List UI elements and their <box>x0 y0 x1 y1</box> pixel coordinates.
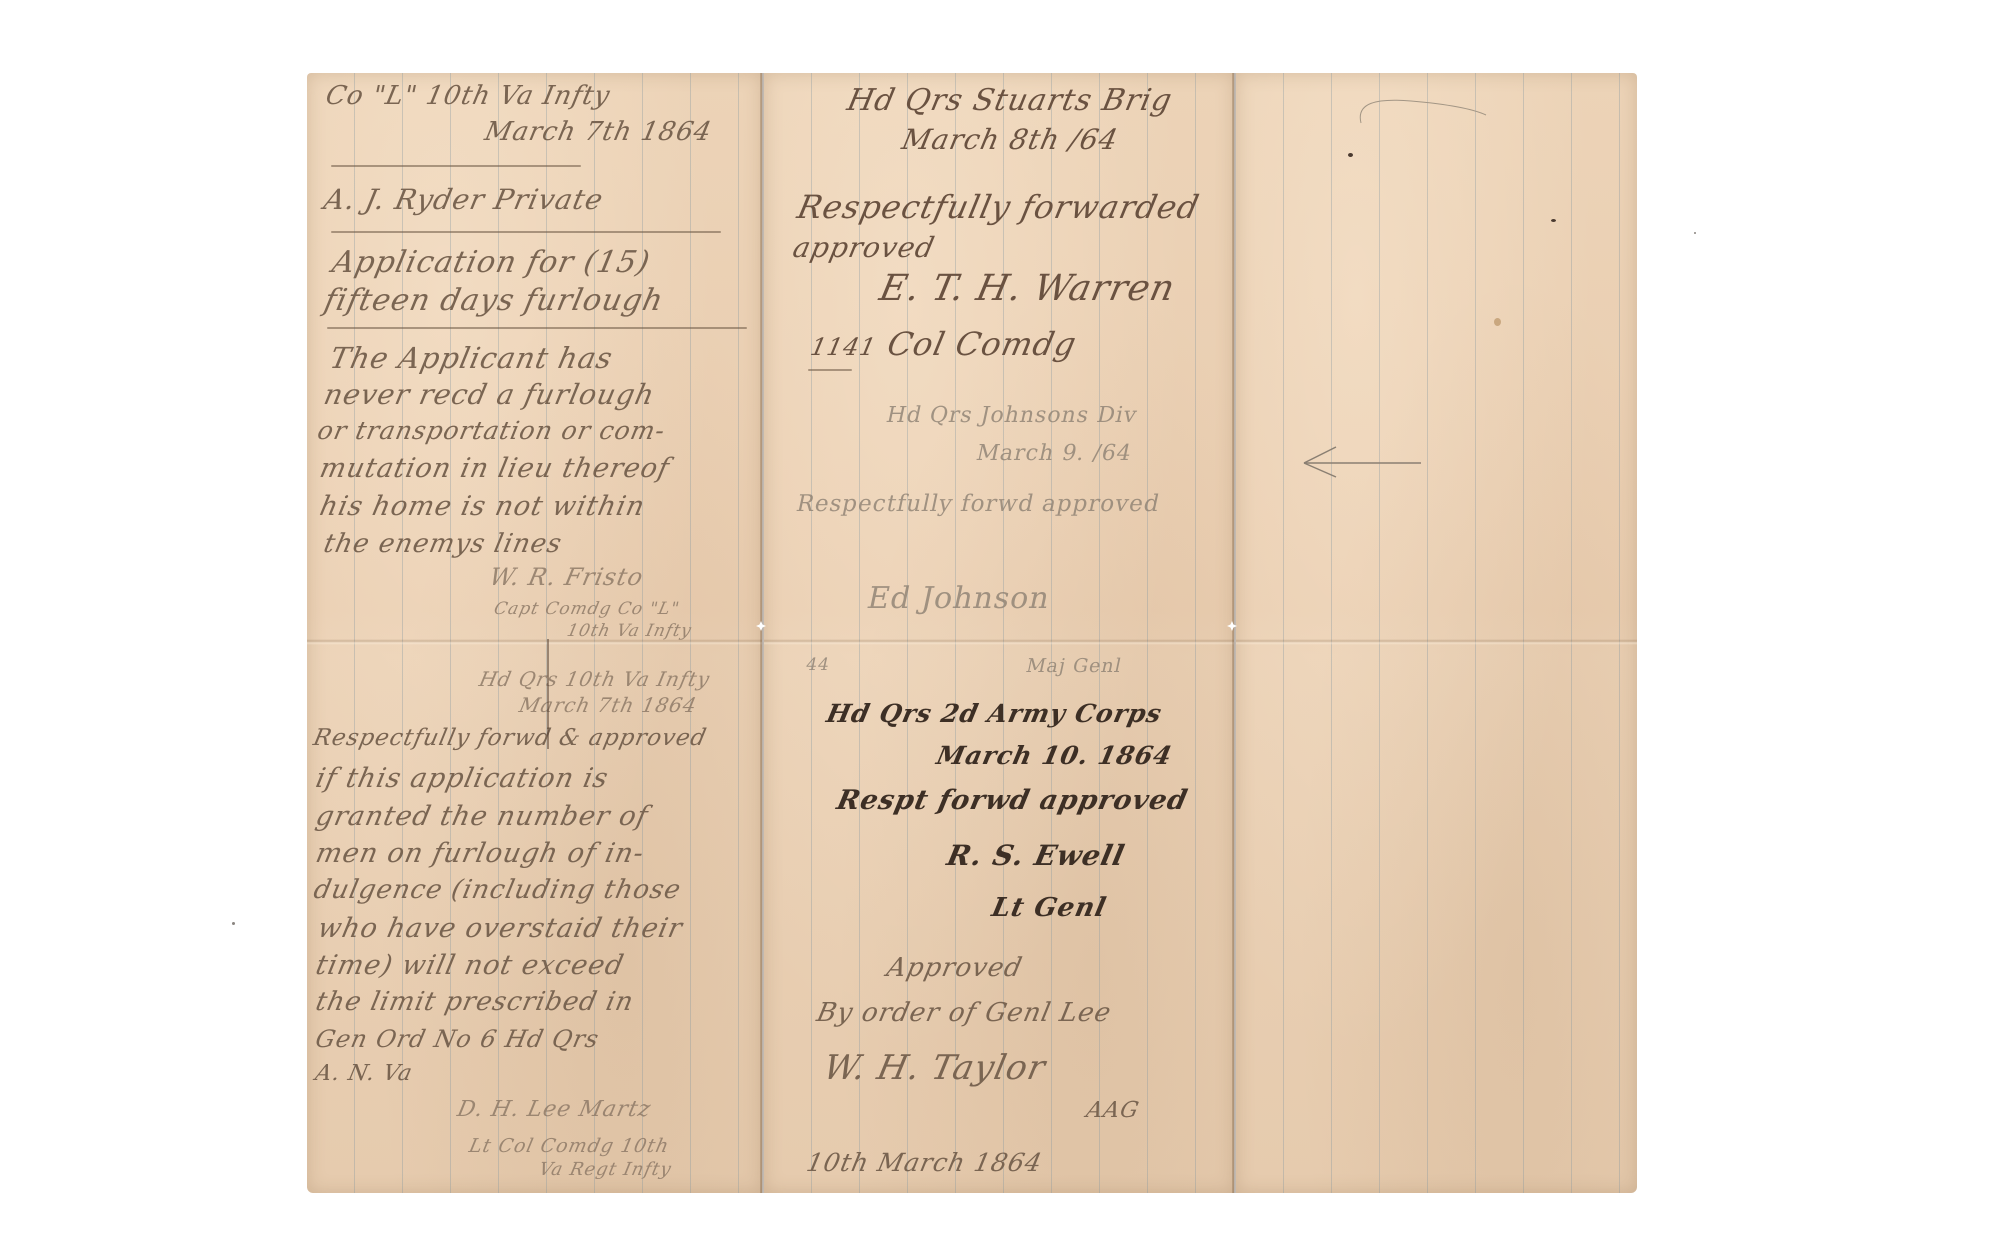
ewell-title: Lt Genl <box>989 893 1109 923</box>
body-line: never recd a furlough <box>321 378 658 411</box>
warren-title: Col Comdg <box>884 325 1080 363</box>
body-line: his home is not within <box>317 491 648 522</box>
taylor-title: AAG <box>1084 1098 1142 1123</box>
johnson-signature: Ed Johnson <box>864 581 1054 616</box>
body-line: the enemys lines <box>321 529 565 559</box>
lt-col-title: Va Regt Infty <box>537 1159 674 1180</box>
endorsement-line: men on furlough of in- <box>313 838 647 869</box>
endorsement-line: Respectfully forwd & approved <box>311 725 709 751</box>
endorsement-line: dulgence (including those <box>311 875 684 905</box>
endorsement-line: the limit prescribed in <box>313 987 637 1017</box>
unit-heading: Co "L" 10th Va Infty <box>323 81 613 111</box>
background-speck <box>1694 232 1696 234</box>
ewell-signature: R. S. Ewell <box>944 839 1128 872</box>
body-line: The Applicant has <box>327 341 616 375</box>
applicant-name: A. J. Ryder Private <box>321 183 607 216</box>
background-speck <box>232 922 235 925</box>
divider <box>331 165 581 167</box>
division-hq-date: March 9. /64 <box>974 441 1134 466</box>
endorsement-line: A. N. Va <box>313 1061 415 1086</box>
endorsement-line: time) will not exceed <box>313 950 627 981</box>
captain-signature: W. R. Fristo <box>487 563 646 591</box>
brigade-hq-date: March 8th /64 <box>899 123 1121 156</box>
file-number-underline <box>808 369 852 371</box>
application-date: March 7th 1864 <box>482 117 715 147</box>
division-file-number: 44 <box>804 655 832 675</box>
corps-hq-date: March 10. 1864 <box>934 741 1175 770</box>
endorsement-line: if this application is <box>313 763 611 794</box>
left-panel: Co "L" 10th Va Infty March 7th 1864 A. J… <box>307 73 762 1193</box>
brigade-endorsement: approved <box>790 231 938 264</box>
crease-mark <box>547 639 549 749</box>
division-endorsement: Respectfully forwd approved <box>794 491 1162 517</box>
endorsement-line: granted the number of <box>313 801 651 832</box>
brigade-endorsement: Respectfully forwarded <box>794 188 1203 226</box>
captain-title: 10th Va Infty <box>565 621 694 641</box>
endorsement-line: who have overstaid their <box>315 913 686 944</box>
lt-col-signature: D. H. Lee Martz <box>455 1097 654 1122</box>
subject-line: Application for (15) <box>329 245 654 280</box>
divider <box>331 231 721 233</box>
pencil-arrow-icon <box>1296 443 1426 483</box>
taylor-signature: W. H. Taylor <box>820 1048 1050 1088</box>
subject-line: fifteen days furlough <box>321 283 667 318</box>
ink-spot <box>1348 153 1353 157</box>
corps-hq-heading: Hd Qrs 2d Army Corps <box>824 699 1165 728</box>
brigade-hq-heading: Hd Qrs Stuarts Brig <box>844 83 1176 118</box>
regiment-hq-heading: Hd Qrs 10th Va Infty <box>477 667 712 691</box>
approval-authority: By order of Genl Lee <box>814 998 1114 1028</box>
right-panel <box>1236 73 1637 1193</box>
warren-signature: E. T. H. Warren <box>876 268 1179 309</box>
lt-col-title: Lt Col Comdg 10th <box>467 1135 671 1157</box>
approval-status: Approved <box>884 953 1025 983</box>
body-line: mutation in lieu thereof <box>317 453 672 484</box>
document-sheet: Co "L" 10th Va Infty March 7th 1864 A. J… <box>307 73 1637 1193</box>
johnson-title: Maj Genl <box>1024 655 1124 677</box>
file-number: 1141 <box>808 333 879 361</box>
pencil-flourish-icon <box>1351 93 1491 133</box>
corps-endorsement: Respt forwd approved <box>834 785 1191 816</box>
stain-spot <box>1494 318 1501 326</box>
approval-date: 10th March 1864 <box>804 1148 1045 1177</box>
body-line: or transportation or com- <box>315 416 668 445</box>
regiment-hq-date: March 7th 1864 <box>517 693 699 717</box>
middle-panel: Hd Qrs Stuarts Brig March 8th /64 Respec… <box>764 73 1234 1193</box>
endorsement-line: Gen Ord No 6 Hd Qrs <box>313 1025 602 1053</box>
divider <box>327 327 747 329</box>
ink-spot <box>1551 219 1556 222</box>
division-hq-heading: Hd Qrs Johnsons Div <box>884 403 1140 428</box>
captain-title: Capt Comdg Co "L" <box>492 599 682 619</box>
